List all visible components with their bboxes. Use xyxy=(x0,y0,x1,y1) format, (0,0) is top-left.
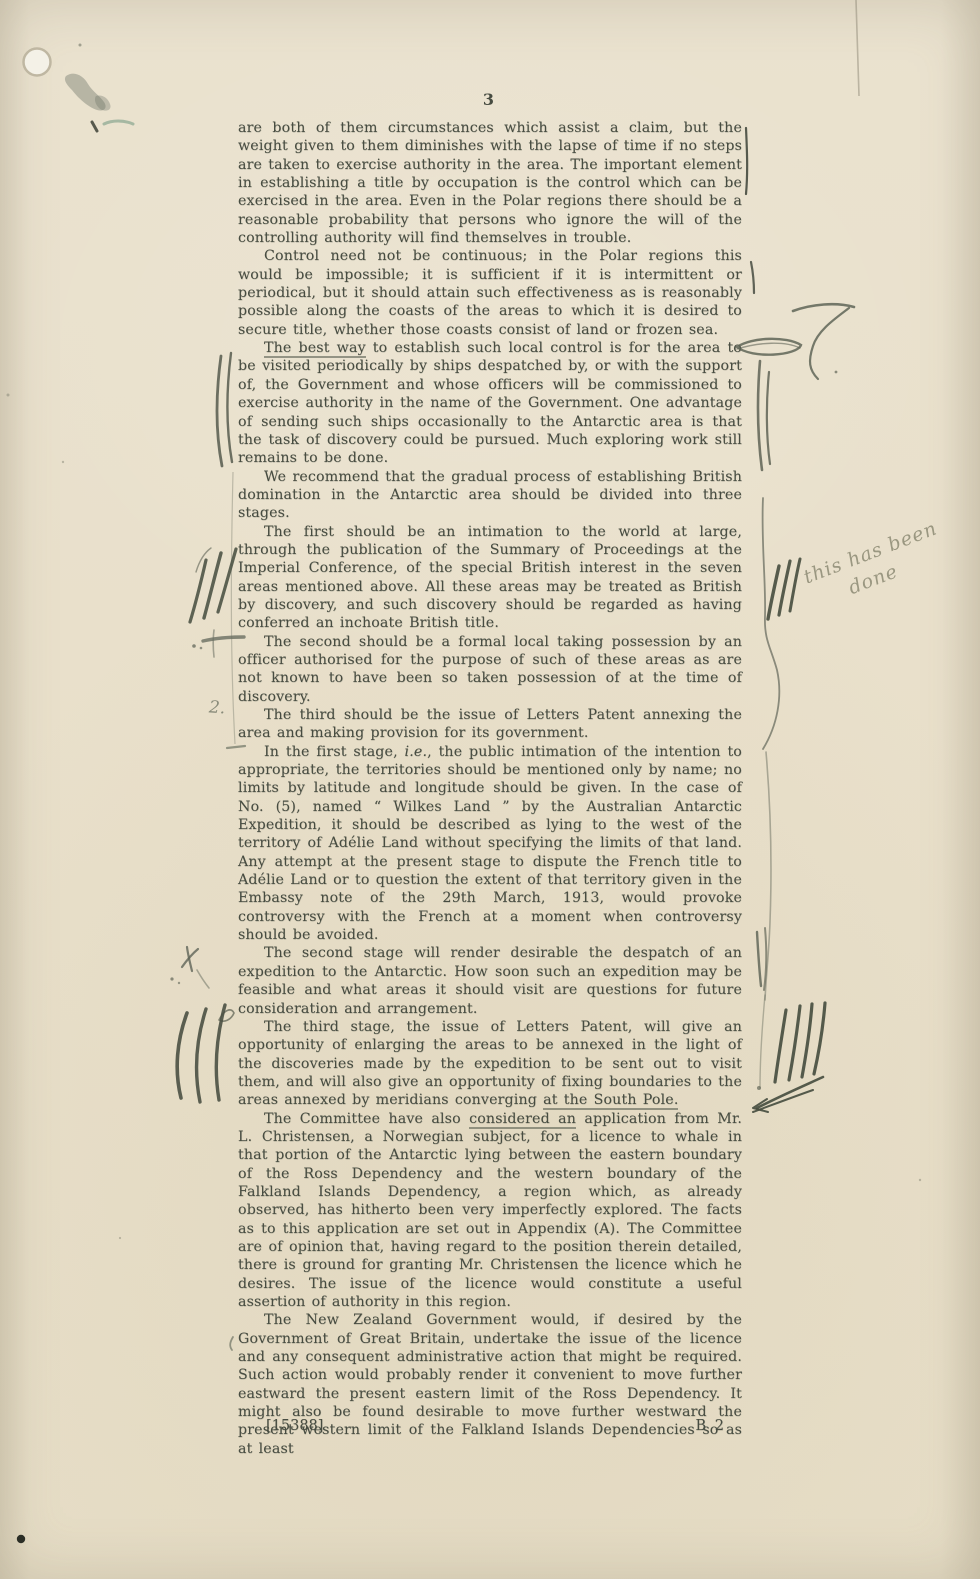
nz-comma-mark xyxy=(230,1337,233,1350)
margin-numeral: 2. xyxy=(208,697,226,718)
paragraph: We recommend that the gradual process of… xyxy=(238,468,742,523)
faint-left-line xyxy=(231,472,235,744)
pen-tick-right xyxy=(751,262,754,293)
footer-print-code: [15388] xyxy=(266,1418,323,1434)
left-double-line xyxy=(217,353,232,466)
paragraph: Control need not be continuous; in the P… xyxy=(238,247,742,339)
pencil-loop-flourish xyxy=(737,304,854,379)
footer-signature-mark: B 2 xyxy=(696,1418,727,1434)
paragraph: The second stage will render desirable t… xyxy=(238,944,742,1017)
bottom-dot xyxy=(17,1535,25,1543)
paragraph: are both of them circumstances which ass… xyxy=(238,119,742,247)
right-brace-line xyxy=(763,498,780,749)
paragraph: The third stage, the issue of Letters Pa… xyxy=(238,1018,742,1110)
right-double-line xyxy=(758,361,770,470)
paragraph: The New Zealand Government would, if des… xyxy=(238,1311,742,1458)
handwritten-note: this has been done xyxy=(800,515,950,614)
ink-smudge xyxy=(65,44,133,132)
paragraph: The third should be the issue of Letters… xyxy=(238,706,742,743)
right-triple-slash xyxy=(768,559,800,619)
paragraph: In the first stage, i.e., the public int… xyxy=(238,743,742,945)
page-number: 3 xyxy=(0,90,978,109)
scanned-document-page: 3 are both of them circumstances which a… xyxy=(0,0,980,1579)
x-cross-mark xyxy=(170,947,209,988)
left-triple-curve xyxy=(177,1005,234,1102)
paragraph: The first should be an intimation to the… xyxy=(238,523,742,633)
first-stage-dash xyxy=(192,630,244,657)
document-body: are both of them circumstances which ass… xyxy=(238,119,742,1458)
hole-punch xyxy=(24,49,51,76)
paragraph: The best way to establish such local con… xyxy=(238,339,742,467)
right-quad-slash-arrow xyxy=(753,1003,825,1112)
left-triple-slash xyxy=(190,548,236,622)
pen-stroke-right-top xyxy=(746,128,747,194)
right-long-faint-line xyxy=(757,752,771,1090)
paragraph: The Committee have also considered an ap… xyxy=(238,1110,742,1312)
top-right-crease xyxy=(856,0,859,96)
paragraph: The second should be a formal local taki… xyxy=(238,633,742,706)
